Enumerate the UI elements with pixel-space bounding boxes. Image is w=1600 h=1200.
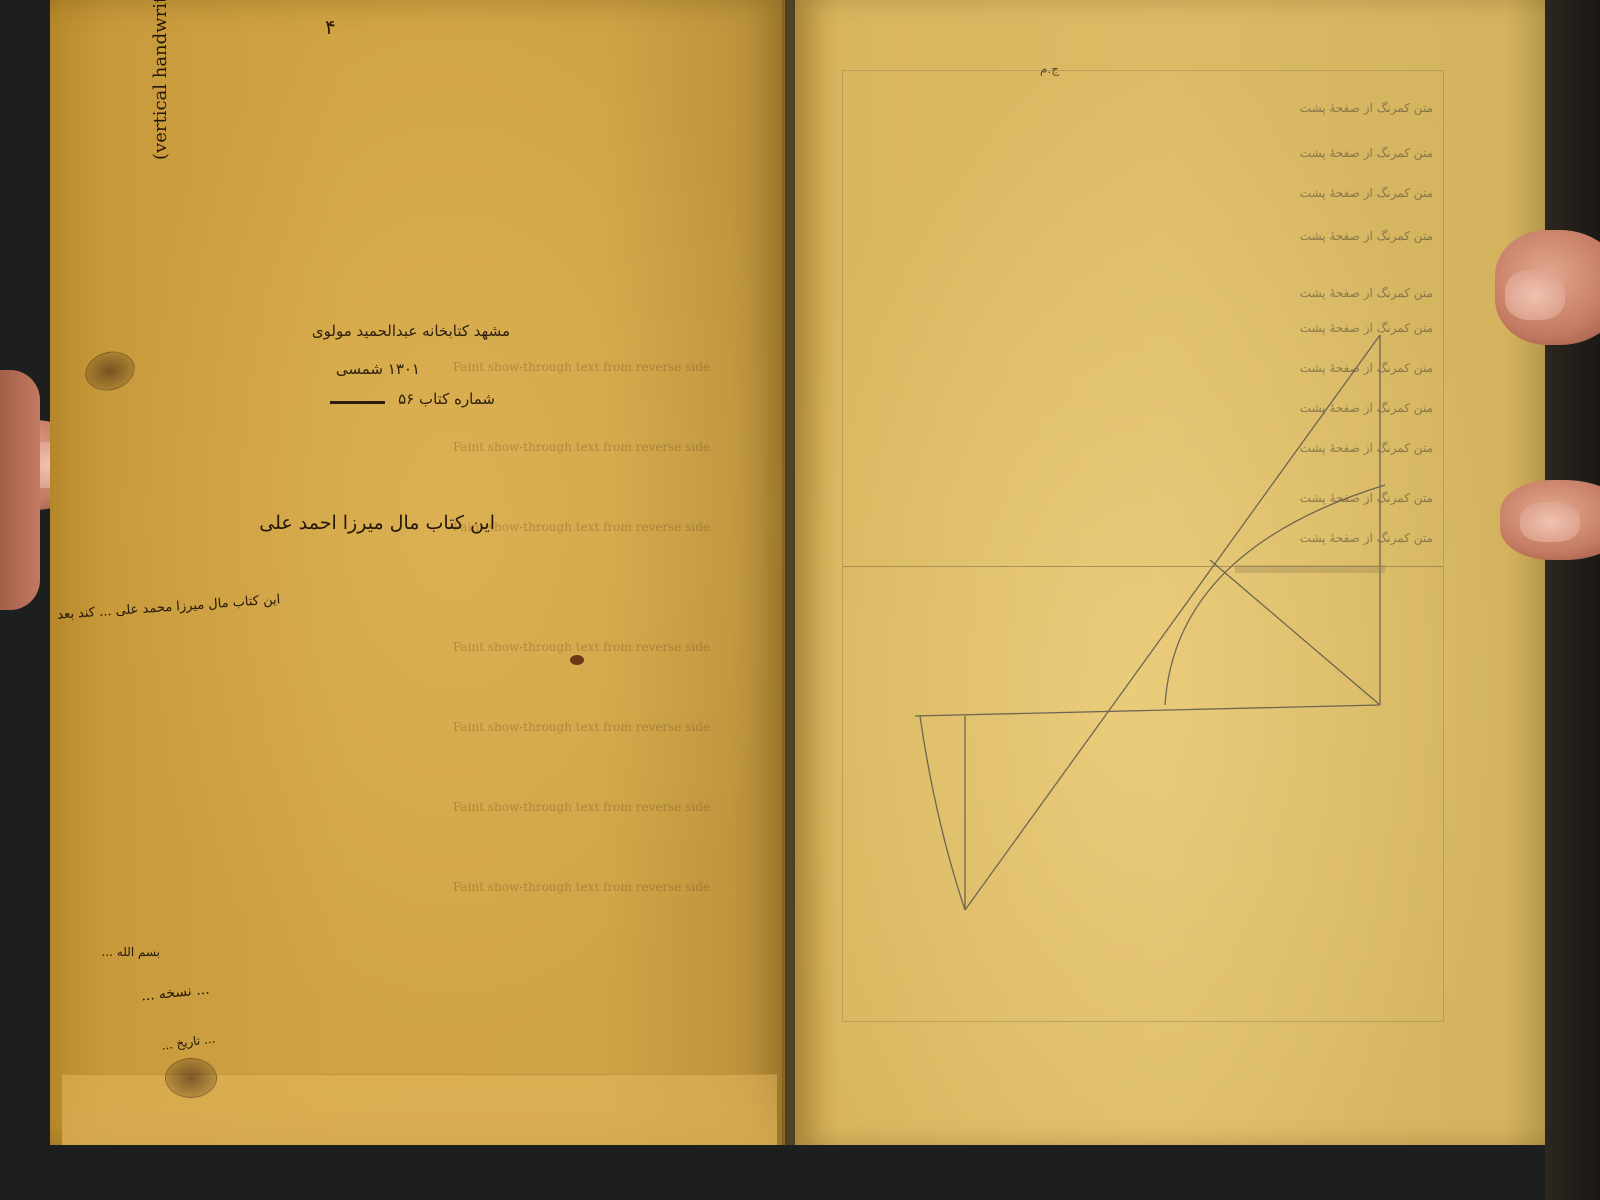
ghost-line: Faint show-through text from reverse sid…: [310, 720, 710, 734]
ghost-line: Faint show-through text from reverse sid…: [310, 640, 710, 654]
right-thumb-upper: [1495, 230, 1600, 345]
bottom-note-line-1: بسم الله ...: [102, 945, 161, 959]
text-line: متن کمرنگ از صفحهٔ پشت: [853, 401, 1433, 415]
vertical-note-text: ابتدا ... (vertical handwritten note): [150, 0, 171, 160]
ghost-line: Faint show-through text from reverse sid…: [310, 440, 710, 454]
folio-number: ۴: [325, 15, 336, 39]
ghost-line: Faint show-through text from reverse sid…: [310, 880, 710, 894]
text-line: متن کمرنگ از صفحهٔ پشت: [853, 361, 1433, 375]
thumbnail: [1520, 502, 1580, 542]
thumbnail: [1505, 270, 1565, 320]
text-line: متن کمرنگ از صفحهٔ پشت: [853, 229, 1433, 243]
left-finger: [0, 370, 40, 610]
text-line: متن کمرنگ از صفحهٔ پشت: [853, 321, 1433, 335]
text-line: متن کمرنگ از صفحهٔ پشت: [853, 146, 1433, 160]
text-block-divider: [843, 566, 1443, 567]
text-line: متن کمرنگ از صفحهٔ پشت: [853, 491, 1433, 505]
ghost-line: Faint show-through text from reverse sid…: [310, 800, 710, 814]
manuscript-photo: ۴ ابتدا ... (vertical handwritten note) …: [0, 0, 1600, 1200]
right-text-block: متن کمرنگ از صفحهٔ پشت متن کمرنگ از صفحه…: [842, 70, 1444, 1022]
library-stamp-line-1: مشهد کتابخانه عبدالحمید مولوی: [312, 322, 510, 340]
text-line: متن کمرنگ از صفحهٔ پشت: [853, 186, 1433, 200]
bottom-seal: [165, 1058, 217, 1098]
ghost-line: Faint show-through text from reverse sid…: [310, 520, 710, 534]
text-line: متن کمرنگ از صفحهٔ پشت: [853, 441, 1433, 455]
right-thumb-lower: [1500, 480, 1600, 560]
left-ghost-text: Faint show-through text from reverse sid…: [300, 360, 720, 960]
text-line: متن کمرنگ از صفحهٔ پشت: [853, 101, 1433, 115]
vertical-note: ابتدا ... (vertical handwritten note): [150, 0, 171, 160]
text-line: متن کمرنگ از صفحهٔ پشت: [853, 531, 1433, 545]
ghost-line: Faint show-through text from reverse sid…: [310, 360, 710, 374]
text-line: متن کمرنگ از صفحهٔ پشت: [853, 286, 1433, 300]
book-cover-edge: [1545, 0, 1600, 1200]
